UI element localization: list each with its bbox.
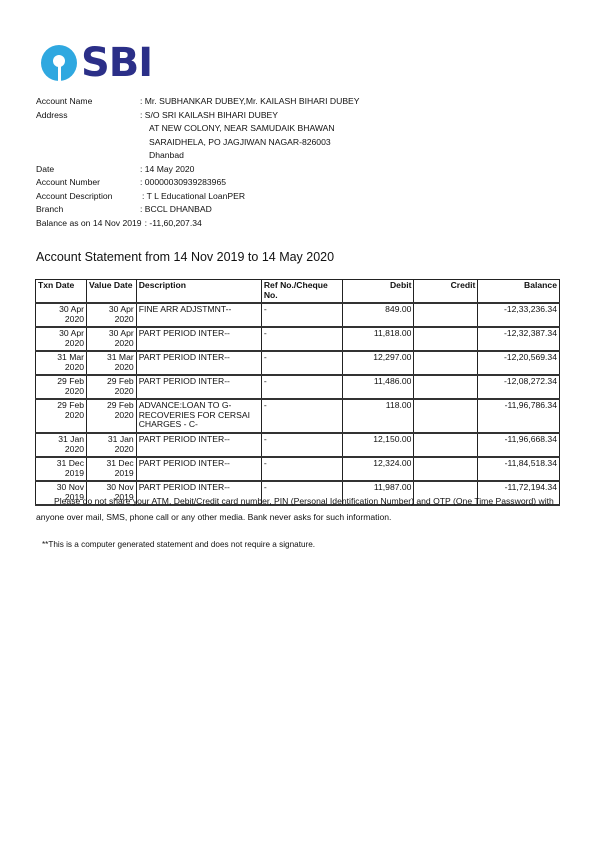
opening-balance-label: Balance as on 14 Nov 2019 <box>36 217 142 231</box>
footer-note: **This is a computer generated statement… <box>42 540 315 549</box>
debit-cell: 11,818.00 <box>342 327 414 351</box>
txn-date-cell: 29 Feb2020 <box>36 375 87 399</box>
ref-cell: - <box>261 399 342 433</box>
account-number-row: Account Number : 00000030939283965 <box>36 176 360 190</box>
balance-cell: -12,20,569.34 <box>478 351 560 375</box>
description-cell: ADVANCE:LOAN TO G-RECOVERIES FOR CERSAI … <box>136 399 261 433</box>
opening-balance-row: Balance as on 14 Nov 2019 : -11,60,207.3… <box>36 217 360 231</box>
ref-cell: - <box>261 457 342 481</box>
date-year: 2020 <box>38 315 84 325</box>
balance-cell: -12,08,272.34 <box>478 375 560 399</box>
header-value-date: Value Date <box>87 280 137 304</box>
table-row: 30 Apr202030 Apr2020PART PERIOD INTER---… <box>36 327 560 351</box>
date-year: 2020 <box>89 445 134 455</box>
credit-cell <box>414 375 478 399</box>
date-label: Date <box>36 163 140 177</box>
address-line-4: Dhanbad <box>36 149 360 163</box>
credit-cell <box>414 351 478 375</box>
account-info: Account Name : Mr. SUBHANKAR DUBEY,Mr. K… <box>36 95 360 230</box>
branch-value: : BCCL DHANBAD <box>140 203 212 217</box>
value-date-cell: 31 Dec2019 <box>87 457 137 481</box>
balance-cell: -12,33,236.34 <box>478 303 560 327</box>
date-year: 2020 <box>89 411 134 421</box>
ref-cell: - <box>261 327 342 351</box>
account-number-value: : 00000030939283965 <box>140 176 226 190</box>
ref-cell: - <box>261 303 342 327</box>
value-date-cell: 29 Feb2020 <box>87 399 137 433</box>
account-description-row: Account Description : T L Educational Lo… <box>36 190 360 204</box>
ref-cell: - <box>261 351 342 375</box>
description-cell: PART PERIOD INTER-- <box>136 457 261 481</box>
debit-cell: 11,486.00 <box>342 375 414 399</box>
description-cell: PART PERIOD INTER-- <box>136 433 261 457</box>
date-row: Date : 14 May 2020 <box>36 163 360 177</box>
table-row: 31 Jan202031 Jan2020PART PERIOD INTER---… <box>36 433 560 457</box>
description-cell: PART PERIOD INTER-- <box>136 375 261 399</box>
ref-cell: - <box>261 433 342 457</box>
date-year: 2020 <box>38 339 84 349</box>
address-label: Address <box>36 109 140 123</box>
date-year: 2020 <box>38 445 84 455</box>
branch-label: Branch <box>36 203 140 217</box>
date-year: 2020 <box>89 363 134 373</box>
header-credit: Credit <box>414 280 478 304</box>
header-balance: Balance <box>478 280 560 304</box>
credit-cell <box>414 327 478 351</box>
debit-cell: 12,324.00 <box>342 457 414 481</box>
date-year: 2020 <box>38 387 84 397</box>
account-name-value: : Mr. SUBHANKAR DUBEY,Mr. KAILASH BIHARI… <box>140 95 360 109</box>
account-name-row: Account Name : Mr. SUBHANKAR DUBEY,Mr. K… <box>36 95 360 109</box>
value-date-cell: 30 Apr2020 <box>87 327 137 351</box>
header-ref-no: Ref No./Cheque No. <box>261 280 342 304</box>
txn-date-cell: 31 Mar2020 <box>36 351 87 375</box>
description-cell: FINE ARR ADJSTMNT-- <box>136 303 261 327</box>
debit-cell: 849.00 <box>342 303 414 327</box>
table-row: 31 Mar202031 Mar2020PART PERIOD INTER---… <box>36 351 560 375</box>
statement-title: Account Statement from 14 Nov 2019 to 14… <box>36 250 334 264</box>
credit-cell <box>414 303 478 327</box>
ref-cell: - <box>261 375 342 399</box>
value-date-cell: 31 Jan2020 <box>87 433 137 457</box>
txn-date-cell: 31 Dec2019 <box>36 457 87 481</box>
txn-date-cell: 31 Jan2020 <box>36 433 87 457</box>
value-date-cell: 30 Apr2020 <box>87 303 137 327</box>
balance-cell: -11,96,786.34 <box>478 399 560 433</box>
txn-date-cell: 30 Apr2020 <box>36 327 87 351</box>
table-row: 31 Dec201931 Dec2019PART PERIOD INTER---… <box>36 457 560 481</box>
sbi-keyhole-icon <box>41 45 77 81</box>
account-number-label: Account Number <box>36 176 140 190</box>
address-line-3: SARAIDHELA, PO JAGJIWAN NAGAR-826003 <box>36 136 360 150</box>
date-year: 2019 <box>89 469 134 479</box>
table-row: 29 Feb202029 Feb2020PART PERIOD INTER---… <box>36 375 560 399</box>
date-year: 2020 <box>38 363 84 373</box>
table-header-row: Txn Date Value Date Description Ref No./… <box>36 280 560 304</box>
credit-cell <box>414 399 478 433</box>
debit-cell: 12,297.00 <box>342 351 414 375</box>
balance-cell: -11,84,518.34 <box>478 457 560 481</box>
header-debit: Debit <box>342 280 414 304</box>
description-cell: PART PERIOD INTER-- <box>136 351 261 375</box>
credit-cell <box>414 433 478 457</box>
opening-balance-value: : -11,60,207.34 <box>145 217 202 231</box>
txn-date-cell: 30 Apr2020 <box>36 303 87 327</box>
account-description-label: Account Description <box>36 190 142 204</box>
value-date-cell: 31 Mar2020 <box>87 351 137 375</box>
address-line-1: : S/O SRI KAILASH BIHARI DUBEY <box>140 109 278 123</box>
debit-cell: 12,150.00 <box>342 433 414 457</box>
header-description: Description <box>136 280 261 304</box>
table-row: 29 Feb202029 Feb2020ADVANCE:LOAN TO G-RE… <box>36 399 560 433</box>
address-line-2: AT NEW COLONY, NEAR SAMUDAIK BHAWAN <box>36 122 360 136</box>
date-year: 2020 <box>89 387 134 397</box>
date-year: 2020 <box>89 339 134 349</box>
logo-text: SBI <box>81 43 152 83</box>
branch-row: Branch : BCCL DHANBAD <box>36 203 360 217</box>
balance-cell: -11,96,668.34 <box>478 433 560 457</box>
value-date-cell: 29 Feb2020 <box>87 375 137 399</box>
address-row: Address : S/O SRI KAILASH BIHARI DUBEY <box>36 109 360 123</box>
security-note: Please do not share your ATM, Debit/Cred… <box>36 493 562 525</box>
credit-cell <box>414 457 478 481</box>
description-cell: PART PERIOD INTER-- <box>136 327 261 351</box>
date-year: 2020 <box>89 315 134 325</box>
debit-cell: 118.00 <box>342 399 414 433</box>
txn-date-cell: 29 Feb2020 <box>36 399 87 433</box>
date-year: 2020 <box>38 411 84 421</box>
sbi-logo: SBI <box>41 43 152 83</box>
balance-cell: -12,32,387.34 <box>478 327 560 351</box>
account-name-label: Account Name <box>36 95 140 109</box>
date-year: 2019 <box>38 469 84 479</box>
account-description-value: : T L Educational LoanPER <box>142 190 245 204</box>
transactions-table: Txn Date Value Date Description Ref No./… <box>35 279 560 506</box>
date-value: : 14 May 2020 <box>140 163 194 177</box>
table-row: 30 Apr202030 Apr2020FINE ARR ADJSTMNT---… <box>36 303 560 327</box>
header-txn-date: Txn Date <box>36 280 87 304</box>
